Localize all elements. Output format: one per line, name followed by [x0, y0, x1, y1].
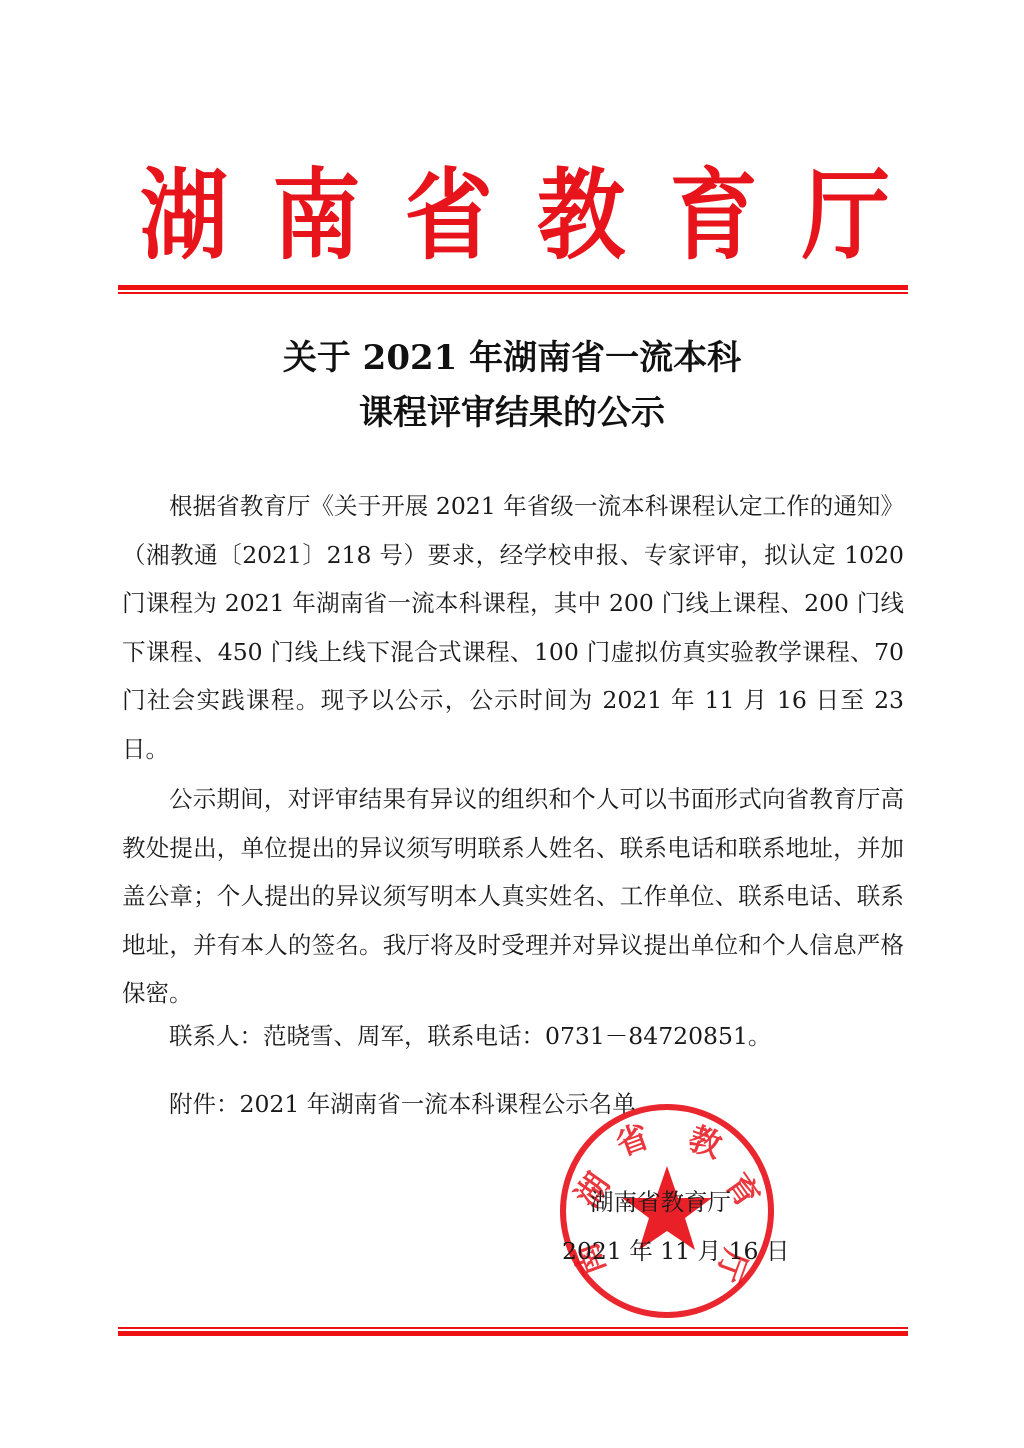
paragraph-announcement: 根据省教育厅《关于开展 2021 年省级一流本科课程认定工作的通知》（湘教通〔2…: [122, 482, 904, 773]
signature-organization: 湖南省教育厅: [590, 1183, 731, 1217]
svg-text:省: 省: [611, 1117, 654, 1164]
paragraph-contact: 联系人：范晓雪、周军，联系电话：0731－84720851。: [122, 1012, 904, 1061]
footer-divider-thin: [118, 1327, 908, 1329]
masthead-char: 教: [537, 153, 625, 276]
document-title-line1: 关于 2021 年湖南省一流本科: [0, 330, 1024, 379]
masthead-char: 湖: [140, 153, 228, 276]
masthead-char: 育: [670, 153, 758, 276]
header-divider-thick: [118, 285, 908, 290]
paragraph-attachment: 附件：2021 年湖南省一流本科课程公示名单: [122, 1080, 904, 1129]
document-title-line2: 课程评审结果的公示: [0, 385, 1024, 434]
masthead-title: 湖 南 省 教 育 厅: [140, 160, 890, 270]
signature-date: 2021 年 11 月 16 日: [562, 1232, 789, 1266]
footer-divider-thick: [118, 1331, 908, 1336]
header-divider-thin: [118, 292, 908, 294]
svg-text:教: 教: [684, 1119, 728, 1166]
paragraph-objection: 公示期间，对评审结果有异议的组织和个人可以书面形式向省教育厅高教处提出，单位提出…: [122, 775, 904, 1018]
masthead-char: 省: [405, 153, 493, 276]
masthead-char: 南: [272, 153, 360, 276]
masthead-char: 厅: [802, 153, 890, 276]
